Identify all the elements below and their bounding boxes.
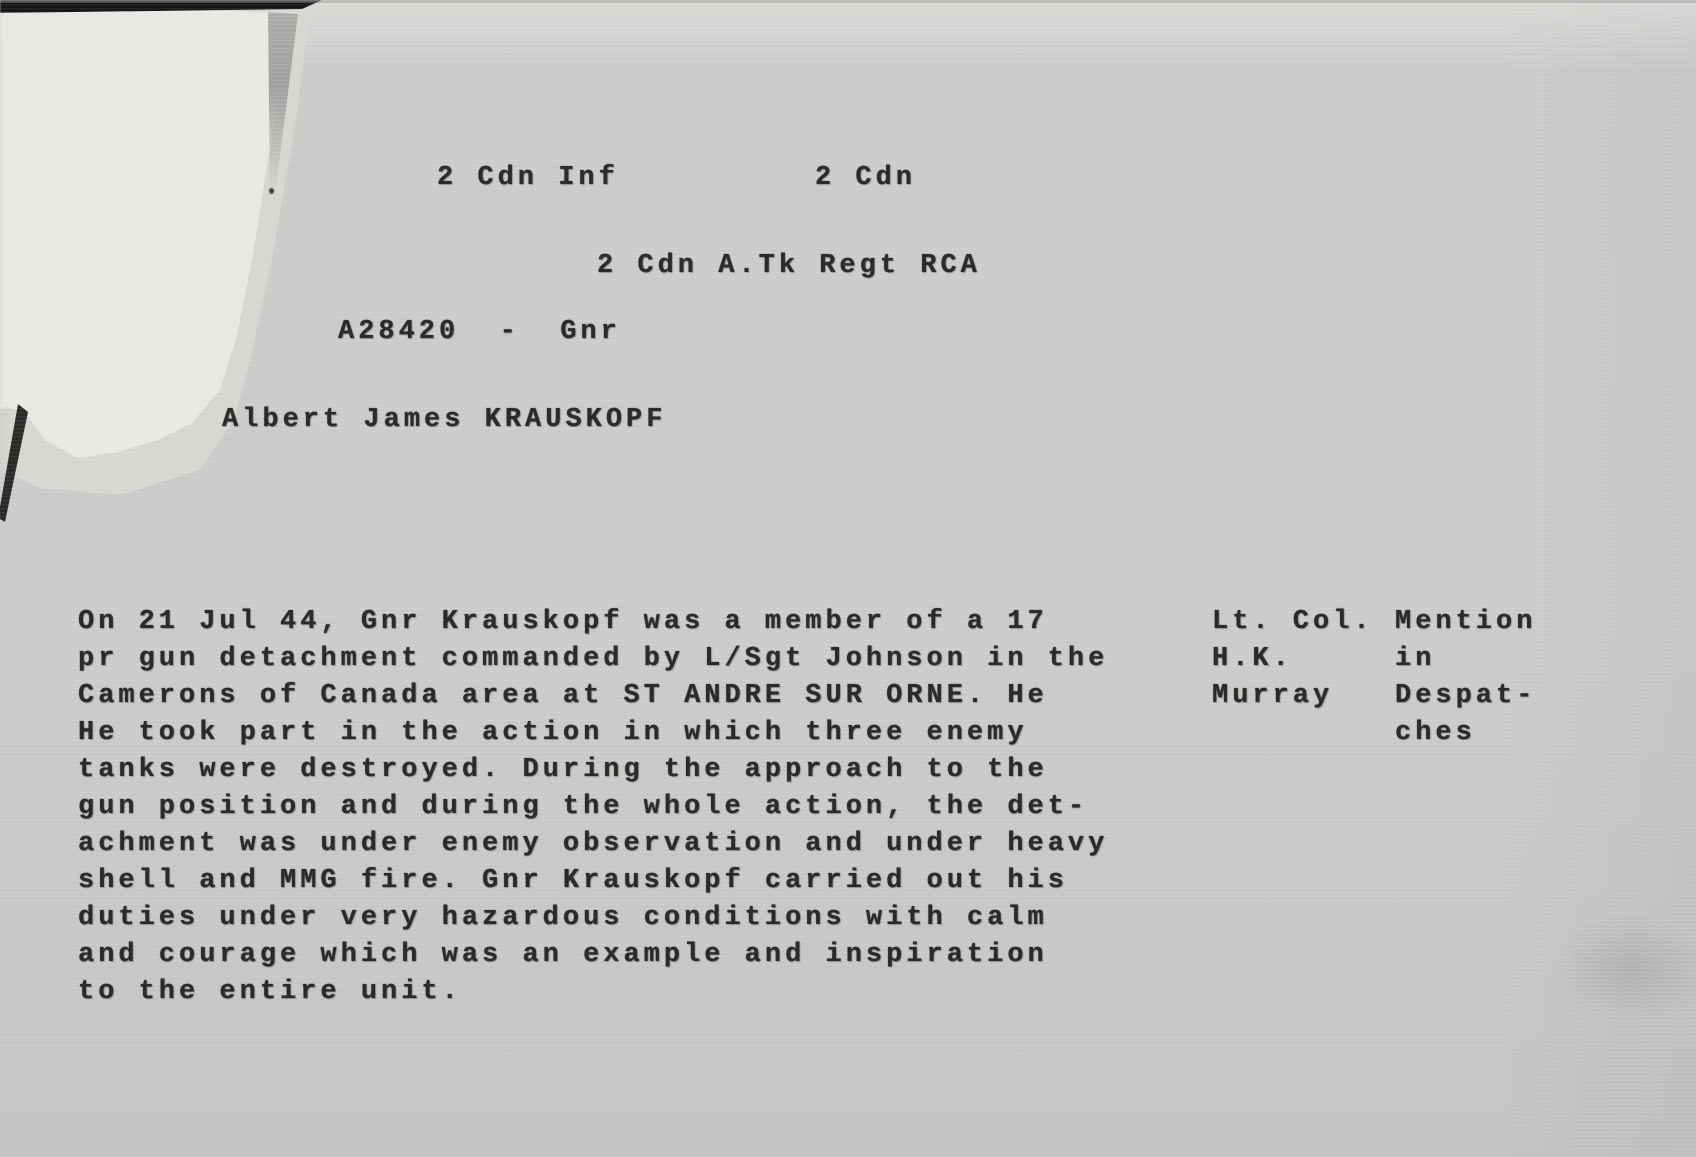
soldier-name-line: Albert James KRAUSKOPF <box>222 402 666 439</box>
citation-line: tanks were destroyed. During the approac… <box>78 752 1108 789</box>
citation-line: gun position and during the whole action… <box>78 789 1108 826</box>
award-line: Mention <box>1395 604 1536 641</box>
officer-line: Lt. Col. <box>1212 604 1374 641</box>
award-column: Mention in Despat- ches <box>1395 604 1536 752</box>
citation-line: duties under very hazardous conditions w… <box>78 900 1108 937</box>
citation-line: He took part in the action in which thre… <box>78 715 1108 752</box>
service-number-rank-line: A28420 - Gnr <box>338 314 621 351</box>
recommending-officer-column: Lt. Col. H.K. Murray <box>1212 604 1374 715</box>
citation-line: and courage which was an example and ins… <box>78 937 1108 974</box>
formation-right: 2 Cdn <box>815 160 916 197</box>
citation-line: to the entire unit. <box>78 974 1108 1011</box>
citation-line: On 21 Jul 44, Gnr Krauskopf was a member… <box>78 604 1108 641</box>
award-line: in <box>1395 641 1536 678</box>
formation-left: 2 Cdn Inf <box>437 160 619 197</box>
citation-line: achment was under enemy observation and … <box>78 826 1108 863</box>
officer-line: Murray <box>1212 678 1374 715</box>
officer-line: H.K. <box>1212 641 1374 678</box>
scanned-document-page: 2 Cdn Inf 2 Cdn 2 Cdn A.Tk Regt RCA A284… <box>0 0 1696 1157</box>
award-line: ches <box>1395 715 1536 752</box>
citation-line: pr gun detachment commanded by L/Sgt Joh… <box>78 641 1108 678</box>
citation-line: shell and MMG fire. Gnr Krauskopf carrie… <box>78 863 1108 900</box>
award-line: Despat- <box>1395 678 1536 715</box>
unit-line: 2 Cdn A.Tk Regt RCA <box>597 248 981 285</box>
citation-body: On 21 Jul 44, Gnr Krauskopf was a member… <box>78 604 1108 1011</box>
citation-line: Camerons of Canada area at ST ANDRE SUR … <box>78 678 1108 715</box>
